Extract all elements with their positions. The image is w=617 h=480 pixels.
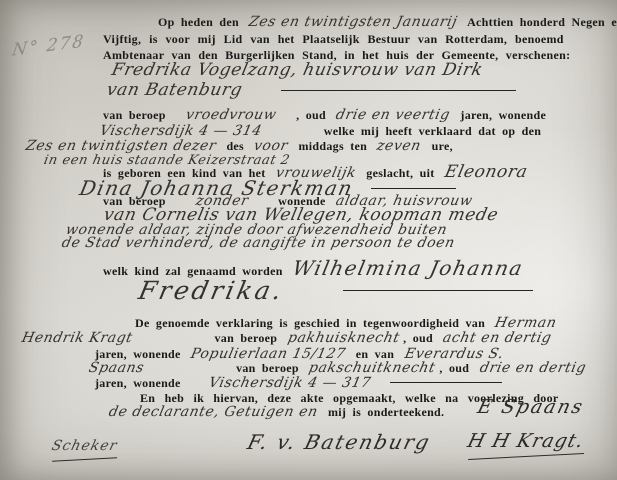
blank-gap xyxy=(148,371,236,372)
blank-gap xyxy=(181,386,205,387)
ink-rule xyxy=(343,288,533,291)
handwritten-text: de declarante, Getuigen en xyxy=(107,404,319,420)
ink-rule xyxy=(390,380,502,383)
ink-rule xyxy=(281,88,516,91)
signature-text: H H Kragt. xyxy=(465,430,586,452)
document-line: Fredrika Vogelzang, huisvrouw van Dirk xyxy=(108,60,487,80)
printed-text: De genoemde verklaring is geschied in te… xyxy=(135,316,491,330)
blank-gap xyxy=(136,341,214,342)
handwritten-text: Fredrika. xyxy=(136,276,287,305)
printed-text: van beroep xyxy=(214,331,283,345)
handwritten-text: drie en veertig xyxy=(335,107,452,123)
document-line: Fredrika. xyxy=(135,276,533,305)
ink-rule xyxy=(371,186,456,189)
printed-text: Op heden den xyxy=(158,15,245,29)
printed-text: jaren, wonende xyxy=(95,376,181,390)
printed-text: van beroep xyxy=(236,361,305,375)
document-line: Op heden den Zes en twintigsten Januarij… xyxy=(158,13,617,31)
ink-flourish xyxy=(52,454,117,461)
printed-text: Achttien honderd Negen en xyxy=(461,15,617,29)
signature-text: Scheker xyxy=(50,438,119,454)
document-line: de Stad verhinderd, de aangifte in perso… xyxy=(58,234,459,252)
printed-text: jaren, wonende xyxy=(454,108,546,122)
handwritten-text: vroedvrouw xyxy=(184,107,278,123)
handwritten-text: van Batenburg xyxy=(105,80,244,100)
printed-text: ure, xyxy=(425,139,453,153)
handwritten-text: Hendrik Kragt xyxy=(20,330,134,346)
blank-gap xyxy=(166,118,182,119)
printed-text: , oud xyxy=(296,108,332,122)
blank-gap xyxy=(280,118,296,119)
handwritten-text: Zes en twintigsten Januarij xyxy=(248,14,460,30)
printed-text: , oud xyxy=(439,361,475,375)
signature-spaans: E Spaans xyxy=(478,396,584,418)
birth-record-scan: N° 278 Op heden den Zes en twintigsten J… xyxy=(0,0,617,480)
printed-text: Vijftig, is voor mij Lid van het Plaatse… xyxy=(103,32,564,46)
signature-kragt: H H Kragt. xyxy=(468,430,584,457)
handwritten-text: de Stad verhinderd, de aangifte in perso… xyxy=(60,235,456,251)
signature-batenburg: F. v. Batenburg xyxy=(248,430,431,454)
blank-gap xyxy=(266,134,324,135)
signature-scheker: Scheker xyxy=(52,437,117,460)
handwritten-text: pakhuisknecht xyxy=(286,330,401,346)
printed-text: , oud xyxy=(403,331,439,345)
margin-record-number: N° 278 xyxy=(11,31,86,60)
printed-text: mij is onderteekend. xyxy=(322,405,445,419)
handwritten-text: zeven xyxy=(376,138,423,154)
printed-text: middags ten xyxy=(292,139,373,153)
document-line: van Batenburg xyxy=(103,80,516,100)
handwritten-text: acht en dertig xyxy=(442,330,554,346)
printed-text: welke mij heeft verklaard dat op den xyxy=(324,124,541,138)
signature-text: E Spaans xyxy=(475,396,586,418)
signature-text: F. v. Batenburg xyxy=(245,430,434,454)
document-line: de declarante, Getuigen en mij is ondert… xyxy=(105,403,444,421)
printed-text: van beroep xyxy=(103,108,166,122)
handwritten-text: Fredrika Vogelzang, huisvrouw van Dirk xyxy=(110,60,485,80)
